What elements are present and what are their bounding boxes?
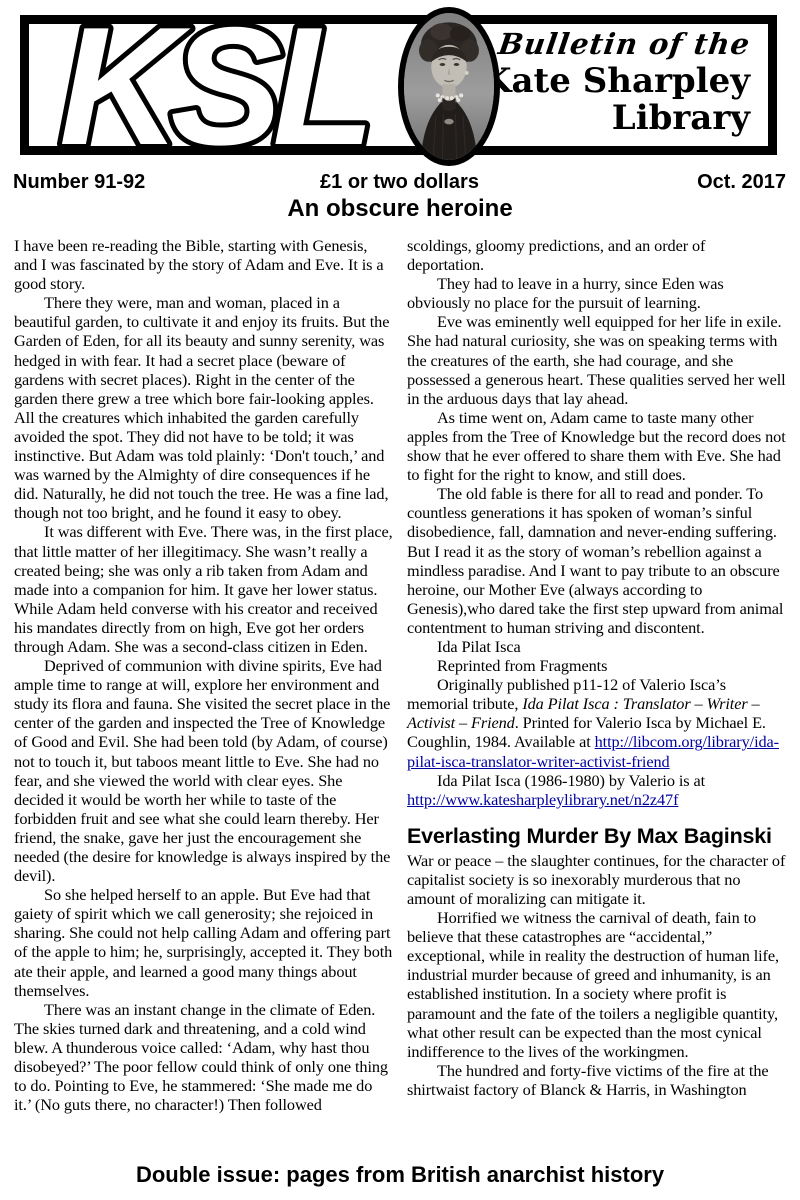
- paragraph: The old fable is there for all to read a…: [407, 484, 786, 637]
- portrait-photo-icon: [404, 13, 494, 160]
- article-title: An obscure heroine: [0, 195, 800, 223]
- text-run: War or peace – the slaughter continues, …: [407, 851, 785, 908]
- org-name-line2: Library: [482, 100, 750, 137]
- left-column: I have been re-reading the Bible, starti…: [14, 236, 393, 1114]
- text-run: Horrified we witness the carnival of dea…: [407, 908, 779, 1061]
- right-column: scoldings, gloomy predictions, and an or…: [407, 236, 786, 1114]
- issue-date: Oct. 2017: [528, 171, 786, 194]
- text-run: There they were, man and woman, placed i…: [14, 293, 389, 522]
- masthead: KSL: [20, 15, 777, 155]
- paragraph: Originally published p11-12 of Valerio I…: [407, 675, 786, 770]
- paragraph: I have been re-reading the Bible, starti…: [14, 236, 393, 293]
- ksl-logo-text: KSL: [59, 0, 365, 180]
- kate-sharpley-portrait: [398, 7, 500, 166]
- paragraph: Reprinted from Fragments: [407, 656, 786, 675]
- paragraph: Eve was eminently well equipped for her …: [407, 312, 786, 407]
- text-run: They had to leave in a hurry, since Eden…: [407, 274, 724, 312]
- article-body: I have been re-reading the Bible, starti…: [14, 236, 786, 1114]
- text-run: So she helped herself to an apple. But E…: [14, 885, 392, 999]
- paragraph: So she helped herself to an apple. But E…: [14, 885, 393, 1000]
- footer-banner: Double issue: pages from British anarchi…: [0, 1162, 800, 1188]
- org-name-line1: Kate Sharpley: [482, 63, 750, 100]
- paragraph: The hundred and forty-five victims of th…: [407, 1061, 786, 1099]
- paragraph: It was different with Eve. There was, in…: [14, 522, 393, 656]
- text-run: Reprinted from Fragments: [437, 656, 607, 675]
- bulletin-of-the-label: Bulletin of the: [480, 30, 752, 59]
- paragraph: There they were, man and woman, placed i…: [14, 293, 393, 522]
- paragraph: Deprived of communion with divine spirit…: [14, 656, 393, 885]
- section-heading: Everlasting Murder By Max Baginski: [407, 824, 786, 848]
- newsletter-page: { "masthead": { "logo": "KSL", "bulletin…: [0, 0, 800, 1200]
- external-link[interactable]: http://www.katesharpleylibrary.net/n2z47…: [407, 790, 678, 809]
- text-run: The old fable is there for all to read a…: [407, 484, 783, 637]
- paragraph: As time went on, Adam came to taste many…: [407, 408, 786, 484]
- text-run: Ida Pilat Isca: [437, 637, 521, 656]
- paragraph: Ida Pilat Isca (1986-1980) by Valerio is…: [407, 771, 786, 809]
- text-run: Ida Pilat Isca (1986-1980) by Valerio is…: [437, 771, 705, 790]
- paragraph: There was an instant change in the clima…: [14, 1000, 393, 1115]
- text-run: There was an instant change in the clima…: [14, 1000, 388, 1114]
- text-run: The hundred and forty-five victims of th…: [407, 1061, 769, 1099]
- text-run: scoldings, gloomy predictions, and an or…: [407, 236, 705, 274]
- text-run: It was different with Eve. There was, in…: [14, 522, 393, 656]
- masthead-title-block: Bulletin of the Kate Sharpley Library: [482, 30, 750, 137]
- text-run: Eve was eminently well equipped for her …: [407, 312, 786, 407]
- paragraph: They had to leave in a hurry, since Eden…: [407, 274, 786, 312]
- paragraph: War or peace – the slaughter continues, …: [407, 851, 786, 908]
- paragraph: Horrified we witness the carnival of dea…: [407, 908, 786, 1061]
- text-run: Deprived of communion with divine spirit…: [14, 656, 390, 885]
- text-run: I have been re-reading the Bible, starti…: [14, 236, 383, 293]
- paragraph: Ida Pilat Isca: [407, 637, 786, 656]
- text-run: As time went on, Adam came to taste many…: [407, 408, 786, 484]
- ksl-logo: KSL: [31, 22, 426, 148]
- paragraph: scoldings, gloomy predictions, and an or…: [407, 236, 786, 274]
